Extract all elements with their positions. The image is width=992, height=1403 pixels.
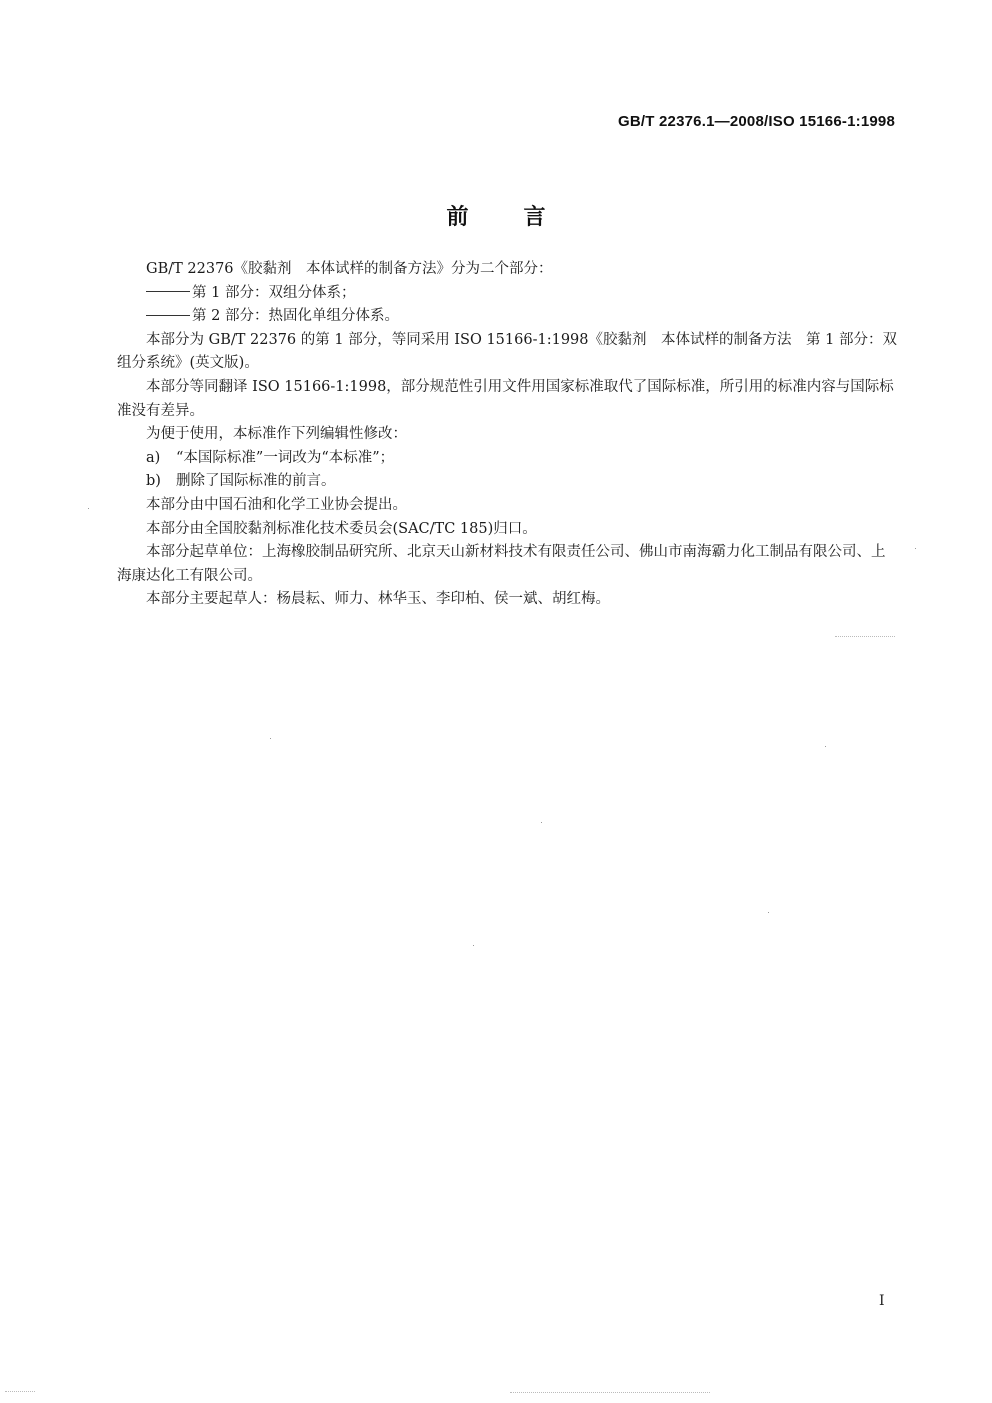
- paragraph-text: 本部分由中国石油和化学工业协会提出。: [146, 497, 407, 513]
- intro-paragraph: GB/T 22376《胶黏剂 本体试样的制备方法》分为二个部分：: [117, 258, 899, 282]
- scan-artifact: [768, 912, 769, 913]
- scan-artifact: [88, 508, 89, 509]
- part-list-item-text: 第 1 部分：双组分体系；: [192, 285, 355, 301]
- paragraph-text: 本部分主要起草人：杨晨耘、师力、林华玉、李印柏、侯一斌、胡红梅。: [146, 591, 610, 607]
- part-list-item: 第 2 部分：热固化单组分体系。: [117, 305, 899, 329]
- paragraph-text: 本部分为 GB/T 22376 的第 1 部分，等同采用 ISO 15166-1…: [117, 332, 897, 372]
- drafters-paragraph: 本部分主要起草人：杨晨耘、师力、林华玉、李印柏、侯一斌、胡红梅。: [117, 588, 899, 612]
- scan-artifact: [825, 746, 826, 747]
- editorial-change-item: b)删除了国际标准的前言。: [117, 470, 899, 494]
- drafting-units-paragraph: 本部分起草单位：上海橡胶制品研究所、北京天山新材料技术有限责任公司、佛山市南海霸…: [117, 541, 899, 588]
- scan-artifact: [270, 738, 271, 739]
- list-item-text: 删除了国际标准的前言。: [176, 473, 336, 489]
- paragraph-text: GB/T 22376《胶黏剂 本体试样的制备方法》分为二个部分：: [146, 261, 553, 277]
- committee-paragraph: 本部分由全国胶黏剂标准化技术委员会(SAC/TC 185)归口。: [117, 518, 899, 542]
- editorial-change-item: a)“本国际标准”一词改为“本标准”；: [117, 447, 899, 471]
- scan-artifact: [473, 945, 474, 946]
- scan-artifact: [510, 1392, 710, 1394]
- em-dash: [146, 315, 190, 316]
- scan-artifact: [541, 822, 542, 823]
- list-marker: a): [146, 447, 176, 471]
- editorial-changes-paragraph: 为便于使用，本标准作下列编辑性修改：: [117, 423, 899, 447]
- scan-artifact: [915, 548, 916, 549]
- page-title: 前言: [0, 200, 992, 231]
- list-item-text: “本国际标准”一词改为“本标准”；: [176, 450, 394, 466]
- part-list-item: 第 1 部分：双组分体系；: [117, 282, 899, 306]
- foreword-body: GB/T 22376《胶黏剂 本体试样的制备方法》分为二个部分： 第 1 部分：…: [117, 258, 899, 612]
- paragraph-text: 本部分由全国胶黏剂标准化技术委员会(SAC/TC 185)归口。: [146, 521, 537, 537]
- translation-paragraph: 本部分等同翻译 ISO 15166-1:1998，部分规范性引用文件用国家标准取…: [117, 376, 899, 423]
- document-page: GB/T 22376.1—2008/ISO 15166-1:1998 前言 GB…: [0, 0, 992, 1403]
- paragraph-text: 本部分等同翻译 ISO 15166-1:1998，部分规范性引用文件用国家标准取…: [117, 379, 894, 419]
- list-marker: b): [146, 470, 176, 494]
- scan-artifact: [5, 1391, 35, 1393]
- scan-artifact: [835, 636, 895, 638]
- adoption-paragraph: 本部分为 GB/T 22376 的第 1 部分，等同采用 ISO 15166-1…: [117, 329, 899, 376]
- part-list-item-text: 第 2 部分：热固化单组分体系。: [192, 308, 399, 324]
- page-number: I: [879, 1293, 885, 1309]
- paragraph-text: 本部分起草单位：上海橡胶制品研究所、北京天山新材料技术有限责任公司、佛山市南海霸…: [117, 544, 886, 584]
- proposer-paragraph: 本部分由中国石油和化学工业协会提出。: [117, 494, 899, 518]
- standard-number-header: GB/T 22376.1—2008/ISO 15166-1:1998: [618, 113, 895, 130]
- em-dash: [146, 291, 190, 292]
- paragraph-text: 为便于使用，本标准作下列编辑性修改：: [146, 426, 407, 442]
